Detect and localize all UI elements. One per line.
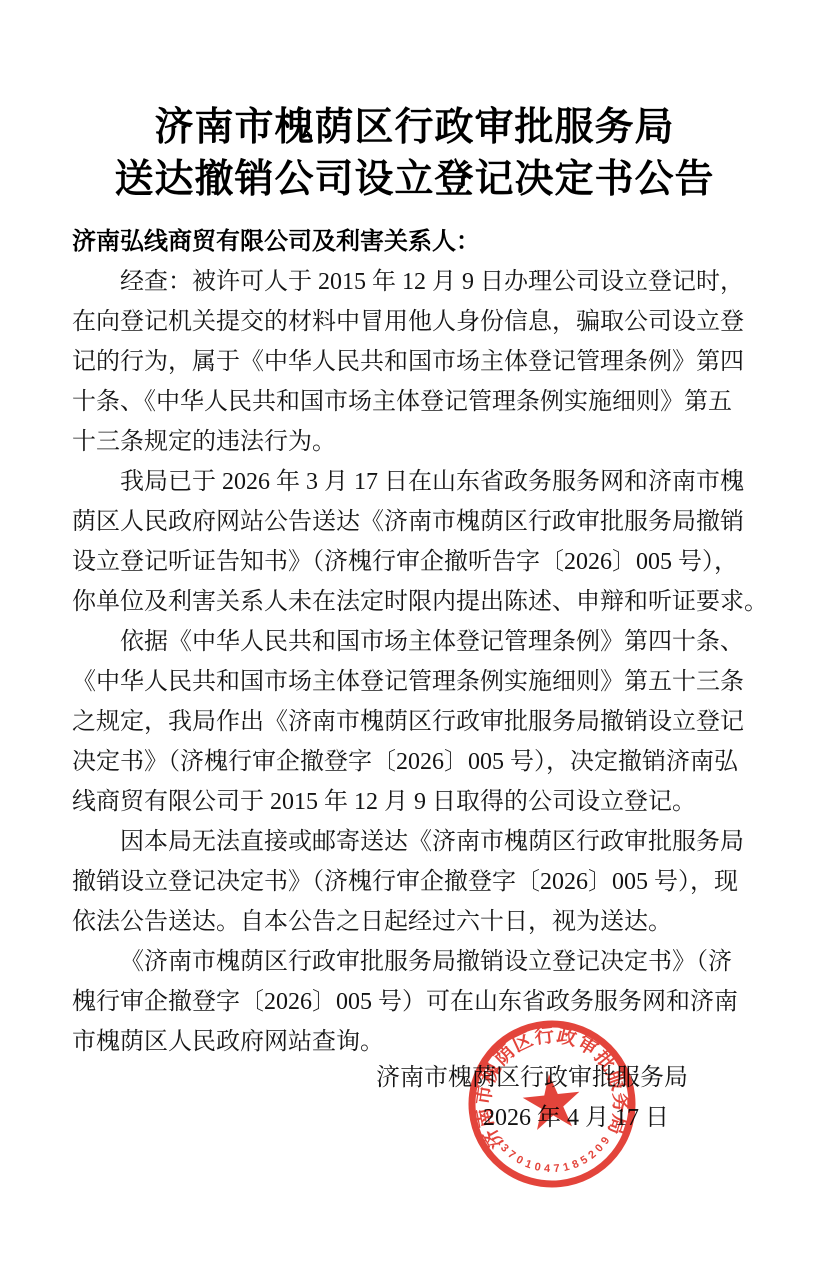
paragraph-line: 之规定，我局作出《济南市槐荫区行政审批服务局撤销设立登记 [72,702,762,742]
paragraph-line: 槐行审企撤登字〔2026〕005 号）可在山东省政务服务网和济南 [72,982,762,1022]
paragraph-line: 依据《中华人民共和国市场主体登记管理条例》第四十条、 [72,622,762,662]
paragraph-line: 你单位及利害关系人未在法定时限内提出陈述、申辩和听证要求。 [72,582,762,622]
paragraph-line: 十三条规定的违法行为。 [72,422,762,462]
document-page: 济南市槐荫区行政审批服务局 送达撤销公司设立登记决定书公告 济南弘线商贸有限公司… [0,0,829,1279]
paragraph-line: 依法公告送达。自本公告之日起经过六十日，视为送达。 [72,902,762,942]
paragraph-line: 市槐荫区人民政府网站查询。 [72,1022,762,1062]
document-title-line2: 送达撤销公司设立登记决定书公告 [0,154,829,206]
paragraph-line: 因本局无法直接或邮寄送达《济南市槐荫区行政审批服务局 [72,822,762,862]
paragraph: 因本局无法直接或邮寄送达《济南市槐荫区行政审批服务局撤销设立登记决定书》（济槐行… [72,822,762,942]
document-title-line1: 济南市槐荫区行政审批服务局 [0,102,829,154]
paragraph-line: 撤销设立登记决定书》（济槐行审企撤登字〔2026〕005 号），现 [72,862,762,902]
paragraph-line: 我局已于 2026 年 3 月 17 日在山东省政务服务网和济南市槐 [72,462,762,502]
official-seal: 济南市槐荫区行政审批服务局 3701047185209 [442,994,662,1214]
paragraph-line: 十条、《中华人民共和国市场主体登记管理条例实施细则》第五 [72,382,762,422]
paragraph-line: 设立登记听证告知书》（济槐行审企撤听告字〔2026〕005 号）， [72,542,762,582]
paragraph-line: 决定书》（济槐行审企撤登字〔2026〕005 号），决定撤销济南弘 [72,742,762,782]
document-content: 济南弘线商贸有限公司及利害关系人： 经查：被许可人于 2015 年 12 月 9… [0,222,829,1062]
paragraph-line: 经查：被许可人于 2015 年 12 月 9 日办理公司设立登记时， [72,262,762,302]
paragraph: 《济南市槐荫区行政审批服务局撤销设立登记决定书》（济槐行审企撤登字〔2026〕0… [72,942,762,1062]
star-icon [521,1071,583,1131]
addressee-line: 济南弘线商贸有限公司及利害关系人： [72,222,762,262]
document-title: 济南市槐荫区行政审批服务局 送达撤销公司设立登记决定书公告 [0,0,829,206]
paragraph-line: 线商贸有限公司于 2015 年 12 月 9 日取得的公司设立登记。 [72,782,762,822]
paragraph-line: 《济南市槐荫区行政审批服务局撤销设立登记决定书》（济 [72,942,762,982]
paragraph: 我局已于 2026 年 3 月 17 日在山东省政务服务网和济南市槐荫区人民政府… [72,462,762,622]
paragraph-line: 《中华人民共和国市场主体登记管理条例实施细则》第五十三条 [72,662,762,702]
paragraph: 依据《中华人民共和国市场主体登记管理条例》第四十条、《中华人民共和国市场主体登记… [72,622,762,822]
paragraph-line: 荫区人民政府网站公告送达《济南市槐荫区行政审批服务局撤销 [72,502,762,542]
paragraph: 经查：被许可人于 2015 年 12 月 9 日办理公司设立登记时，在向登记机关… [72,262,762,462]
paragraph-line: 在向登记机关提交的材料中冒用他人身份信息，骗取公司设立登 [72,302,762,342]
paragraph-line: 记的行为，属于《中华人民共和国市场主体登记管理条例》第四 [72,342,762,382]
paragraphs-container: 经查：被许可人于 2015 年 12 月 9 日办理公司设立登记时，在向登记机关… [72,262,762,1062]
